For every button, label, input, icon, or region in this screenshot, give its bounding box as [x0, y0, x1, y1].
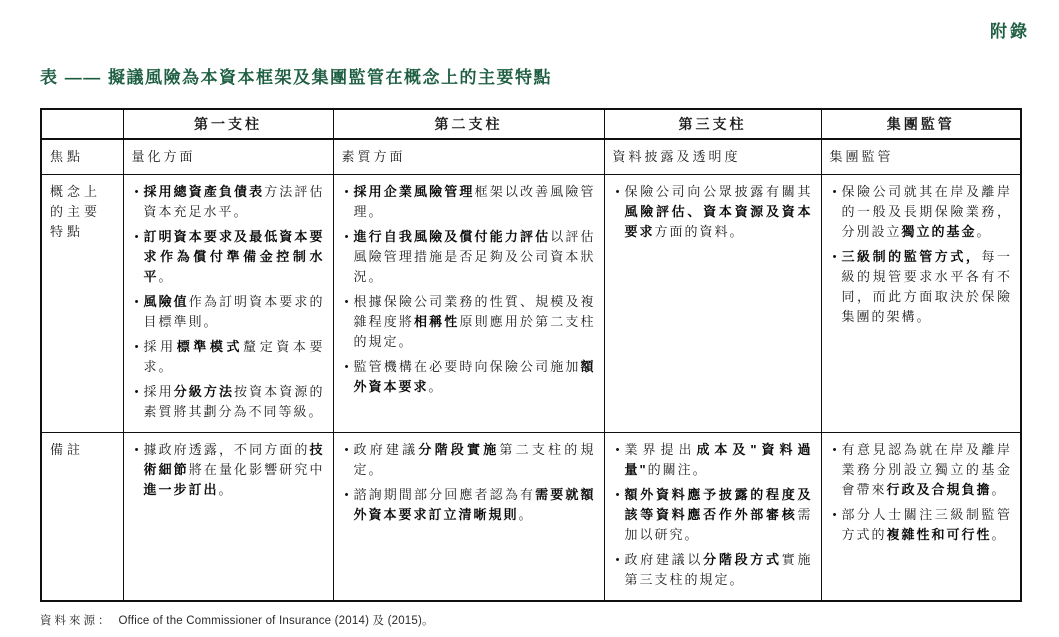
bullet-text: 業界提出成本及"資料過量"的關注。 [625, 440, 813, 480]
bullet-item: •政府建議以分階段方式實施第三支柱的規定。 [611, 550, 813, 590]
bullet-text: 監管機構在必要時向保險公司施加額外資本要求。 [354, 357, 596, 397]
remarks-row: 備註 •據政府透露，不同方面的技術細節將在量化影響研究中進一步訂出。 •政府建議… [41, 433, 1021, 602]
bullet-icon: • [340, 227, 354, 287]
bullet-text: 部分人士關注三級制監管方式的複雜性和可行性。 [842, 505, 1013, 545]
source-text: Office of the Commissioner of Insurance … [119, 615, 434, 627]
remarks-pillar1: •據政府透露，不同方面的技術細節將在量化影響研究中進一步訂出。 [123, 433, 333, 602]
bullet-item: •保險公司就其在岸及離岸的一般及長期保險業務，分別設立獨立的基金。 [828, 182, 1013, 242]
bullet-item: •採用分級方法按資本資源的素質將其劃分為不同等級。 [130, 382, 325, 422]
bullet-icon: • [340, 440, 354, 480]
features-group: •保險公司就其在岸及離岸的一般及長期保險業務，分別設立獨立的基金。•三級制的監管… [821, 175, 1021, 433]
bullet-text: 額外資料應予披露的程度及該等資料應否作外部審核需加以研究。 [625, 485, 813, 545]
bullet-item: •訂明資本要求及最低資本要求作為償付準備金控制水平。 [130, 227, 325, 287]
bullet-item: •採用總資產負債表方法評估資本充足水平。 [130, 182, 325, 222]
bullet-icon: • [130, 227, 144, 287]
features-pillar2: •採用企業風險管理框架以改善風險管理。•進行自我風險及償付能力評估以評估風險管理… [333, 175, 604, 433]
key-features-row: 概念上的主要特點 •採用總資產負債表方法評估資本充足水平。•訂明資本要求及最低資… [41, 175, 1021, 433]
bullet-item: •據政府透露，不同方面的技術細節將在量化影響研究中進一步訂出。 [130, 440, 325, 500]
header-empty-cell [41, 109, 123, 139]
appendix-label: 附錄 [990, 17, 1030, 42]
features-pillar1: •採用總資產負債表方法評估資本充足水平。•訂明資本要求及最低資本要求作為償付準備… [123, 175, 333, 433]
bullet-icon: • [130, 292, 144, 332]
bullet-text: 保險公司就其在岸及離岸的一般及長期保險業務，分別設立獨立的基金。 [842, 182, 1013, 242]
bullet-text: 採用標準模式釐定資本要求。 [144, 337, 325, 377]
bullet-text: 據政府透露，不同方面的技術細節將在量化影響研究中進一步訂出。 [144, 440, 325, 500]
bullet-text: 採用總資產負債表方法評估資本充足水平。 [144, 182, 325, 222]
header-pillar3: 第三支柱 [604, 109, 821, 139]
bullet-icon: • [611, 440, 625, 480]
header-pillar1: 第一支柱 [123, 109, 333, 139]
bullet-text: 訂明資本要求及最低資本要求作為償付準備金控制水平。 [144, 227, 325, 287]
bullet-text: 政府建議以分階段方式實施第三支柱的規定。 [625, 550, 813, 590]
bullet-item: •保險公司向公眾披露有關其風險評估、資本資源及資本要求方面的資料。 [611, 182, 813, 242]
bullet-icon: • [828, 247, 842, 327]
bullet-item: •根據保險公司業務的性質、規模及複雜程度將相稱性原則應用於第二支柱的規定。 [340, 292, 596, 352]
bullet-icon: • [340, 182, 354, 222]
bullet-text: 根據保險公司業務的性質、規模及複雜程度將相稱性原則應用於第二支柱的規定。 [354, 292, 596, 352]
remarks-row-label: 備註 [41, 433, 123, 602]
features-pillar3: •保險公司向公眾披露有關其風險評估、資本資源及資本要求方面的資料。 [604, 175, 821, 433]
features-row-label: 概念上的主要特點 [41, 175, 123, 433]
bullet-icon: • [611, 182, 625, 242]
bullet-text: 三級制的監管方式，每一級的規管要求水平各有不同，而此方面取決於保險集團的架構。 [842, 247, 1013, 327]
bullet-text: 政府建議分階段實施第二支柱的規定。 [354, 440, 596, 480]
focus-pillar1: 量化方面 [123, 139, 333, 175]
remarks-group: •有意見認為就在岸及離岸業務分別設立獨立的基金會帶來行政及合規負擔。•部分人士關… [821, 433, 1021, 602]
focus-row-label: 焦點 [41, 139, 123, 175]
bullet-text: 採用企業風險管理框架以改善風險管理。 [354, 182, 596, 222]
bullet-text: 保險公司向公眾披露有關其風險評估、資本資源及資本要求方面的資料。 [625, 182, 813, 242]
focus-row: 焦點 量化方面 素質方面 資料披露及透明度 集團監管 [41, 139, 1021, 175]
bullet-item: •監管機構在必要時向保險公司施加額外資本要求。 [340, 357, 596, 397]
bullet-item: •有意見認為就在岸及離岸業務分別設立獨立的基金會帶來行政及合規負擔。 [828, 440, 1013, 500]
source-prefix: 資料來源： [40, 615, 113, 627]
bullet-item: •業界提出成本及"資料過量"的關注。 [611, 440, 813, 480]
focus-pillar3: 資料披露及透明度 [604, 139, 821, 175]
bullet-icon: • [828, 505, 842, 545]
bullet-icon: • [130, 337, 144, 377]
bullet-icon: • [340, 292, 354, 352]
bullet-icon: • [340, 357, 354, 397]
focus-group: 集團監管 [821, 139, 1021, 175]
bullet-text: 進行自我風險及償付能力評估以評估風險管理措施是否足夠及公司資本狀況。 [354, 227, 596, 287]
bullet-item: •風險值作為訂明資本要求的目標準則。 [130, 292, 325, 332]
bullet-item: •採用企業風險管理框架以改善風險管理。 [340, 182, 596, 222]
bullet-item: •諮詢期間部分回應者認為有需要就額外資本要求訂立清晰規則。 [340, 485, 596, 525]
bullet-icon: • [340, 485, 354, 525]
features-comparison-table: 第一支柱 第二支柱 第三支柱 集團監管 焦點 量化方面 素質方面 資料披露及透明… [40, 108, 1022, 602]
bullet-item: •三級制的監管方式，每一級的規管要求水平各有不同，而此方面取決於保險集團的架構。 [828, 247, 1013, 327]
bullet-icon: • [130, 440, 144, 500]
header-group-supervision: 集團監管 [821, 109, 1021, 139]
bullet-icon: • [611, 550, 625, 590]
bullet-item: •進行自我風險及償付能力評估以評估風險管理措施是否足夠及公司資本狀況。 [340, 227, 596, 287]
remarks-pillar3: •業界提出成本及"資料過量"的關注。•額外資料應予披露的程度及該等資料應否作外部… [604, 433, 821, 602]
bullet-icon: • [611, 485, 625, 545]
bullet-icon: • [828, 440, 842, 500]
bullet-text: 風險值作為訂明資本要求的目標準則。 [144, 292, 325, 332]
table-header-row: 第一支柱 第二支柱 第三支柱 集團監管 [41, 109, 1021, 139]
bullet-text: 有意見認為就在岸及離岸業務分別設立獨立的基金會帶來行政及合規負擔。 [842, 440, 1013, 500]
bullet-icon: • [828, 182, 842, 242]
bullet-text: 諮詢期間部分回應者認為有需要就額外資本要求訂立清晰規則。 [354, 485, 596, 525]
page-title: 表 —— 擬議風險為本資本框架及集團監管在概念上的主要特點 [40, 63, 552, 88]
bullet-item: •採用標準模式釐定資本要求。 [130, 337, 325, 377]
bullet-item: •政府建議分階段實施第二支柱的規定。 [340, 440, 596, 480]
header-pillar2: 第二支柱 [333, 109, 604, 139]
bullet-icon: • [130, 382, 144, 422]
focus-pillar2: 素質方面 [333, 139, 604, 175]
bullet-text: 採用分級方法按資本資源的素質將其劃分為不同等級。 [144, 382, 325, 422]
bullet-item: •額外資料應予披露的程度及該等資料應否作外部審核需加以研究。 [611, 485, 813, 545]
bullet-item: •部分人士關注三級制監管方式的複雜性和可行性。 [828, 505, 1013, 545]
source-note: 資料來源：Office of the Commissioner of Insur… [40, 612, 434, 628]
remarks-pillar2: •政府建議分階段實施第二支柱的規定。•諮詢期間部分回應者認為有需要就額外資本要求… [333, 433, 604, 602]
bullet-icon: • [130, 182, 144, 222]
